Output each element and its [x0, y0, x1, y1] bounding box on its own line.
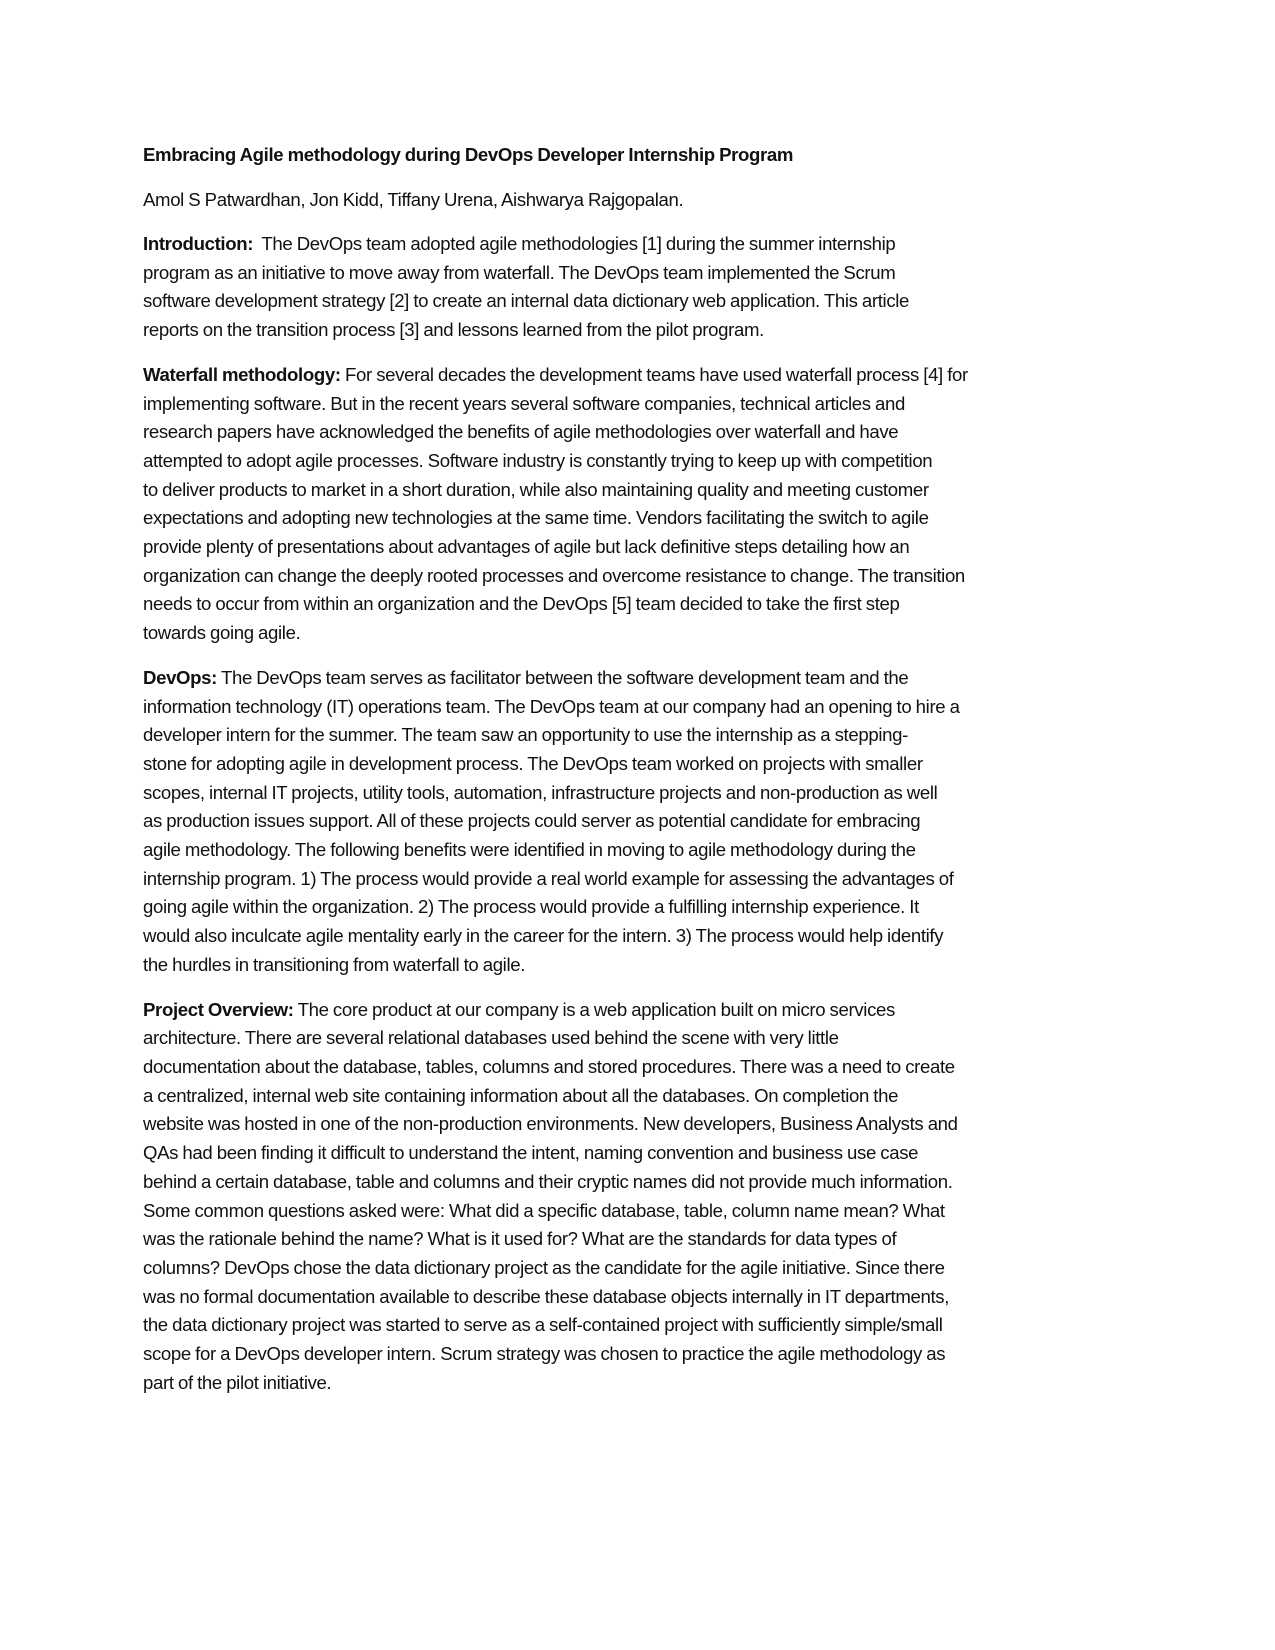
paragraph-line: program as an initiative to move away fr…: [143, 259, 1083, 288]
section-introduction: Introduction: The DevOps team adopted ag…: [143, 230, 1083, 345]
paragraph-line: to deliver products to market in a short…: [143, 476, 1083, 505]
paragraph-line: internship program. 1) The process would…: [143, 865, 1083, 894]
paragraph-line: QAs had been finding it difficult to und…: [143, 1139, 1083, 1168]
paragraph-line: Some common questions asked were: What d…: [143, 1197, 1083, 1226]
paragraph-line: needs to occur from within an organizati…: [143, 590, 1083, 619]
section-heading: Project Overview:: [143, 999, 294, 1020]
paragraph-line: expectations and adopting new technologi…: [143, 504, 1083, 533]
paragraph-line: agile methodology. The following benefit…: [143, 836, 1083, 865]
paragraph-line: The DevOps team adopted agile methodolog…: [253, 233, 895, 254]
paragraph-line: information technology (IT) operations t…: [143, 693, 1083, 722]
paragraph-line: The core product at our company is a web…: [294, 999, 895, 1020]
paragraph-line: was no formal documentation available to…: [143, 1283, 1083, 1312]
paragraph-line: software development strategy [2] to cre…: [143, 287, 1083, 316]
paper-title: Embracing Agile methodology during DevOp…: [143, 140, 1083, 169]
paragraph-line: attempted to adopt agile processes. Soft…: [143, 447, 1083, 476]
paragraph-line: columns? DevOps chose the data dictionar…: [143, 1254, 1083, 1283]
paragraph-line: would also inculcate agile mentality ear…: [143, 922, 1083, 951]
paragraph-line: provide plenty of presentations about ad…: [143, 533, 1083, 562]
paragraph-line: architecture. There are several relation…: [143, 1024, 1083, 1053]
paragraph-line: The DevOps team serves as facilitator be…: [217, 667, 908, 688]
section-waterfall-methodology: Waterfall methodology: For several decad…: [143, 361, 1083, 648]
paragraph-line: reports on the transition process [3] an…: [143, 316, 1083, 345]
paragraph-line: scopes, internal IT projects, utility to…: [143, 779, 1083, 808]
paragraph-line: implementing software. But in the recent…: [143, 390, 1083, 419]
paragraph-line: website was hosted in one of the non-pro…: [143, 1110, 1083, 1139]
paragraph-line: the data dictionary project was started …: [143, 1311, 1083, 1340]
paragraph-line: the hurdles in transitioning from waterf…: [143, 951, 1083, 980]
paragraph-line: part of the pilot initiative.: [143, 1369, 1083, 1398]
paragraph-line: behind a certain database, table and col…: [143, 1168, 1083, 1197]
section-heading: Waterfall methodology:: [143, 364, 341, 385]
paragraph-line: scope for a DevOps developer intern. Scr…: [143, 1340, 1083, 1369]
paragraph-line: For several decades the development team…: [341, 364, 968, 385]
paragraph-line: going agile within the organization. 2) …: [143, 893, 1083, 922]
paragraph-line: was the rationale behind the name? What …: [143, 1225, 1083, 1254]
section-devops: DevOps: The DevOps team serves as facili…: [143, 664, 1083, 980]
section-heading: DevOps:: [143, 667, 217, 688]
section-project-overview: Project Overview: The core product at ou…: [143, 996, 1083, 1398]
paragraph-line: research papers have acknowledged the be…: [143, 418, 1083, 447]
paragraph-line: organization can change the deeply roote…: [143, 562, 1083, 591]
paragraph-line: developer intern for the summer. The tea…: [143, 721, 1083, 750]
paragraph-line: stone for adopting agile in development …: [143, 750, 1083, 779]
paragraph-line: as production issues support. All of the…: [143, 807, 1083, 836]
author-list: Amol S Patwardhan, Jon Kidd, Tiffany Ure…: [143, 185, 1083, 214]
paragraph-line: a centralized, internal web site contain…: [143, 1082, 1083, 1111]
paragraph-line: towards going agile.: [143, 619, 1083, 648]
document-page: Embracing Agile methodology during DevOp…: [143, 140, 1083, 1413]
section-heading: Introduction:: [143, 233, 253, 254]
paragraph-line: documentation about the database, tables…: [143, 1053, 1083, 1082]
